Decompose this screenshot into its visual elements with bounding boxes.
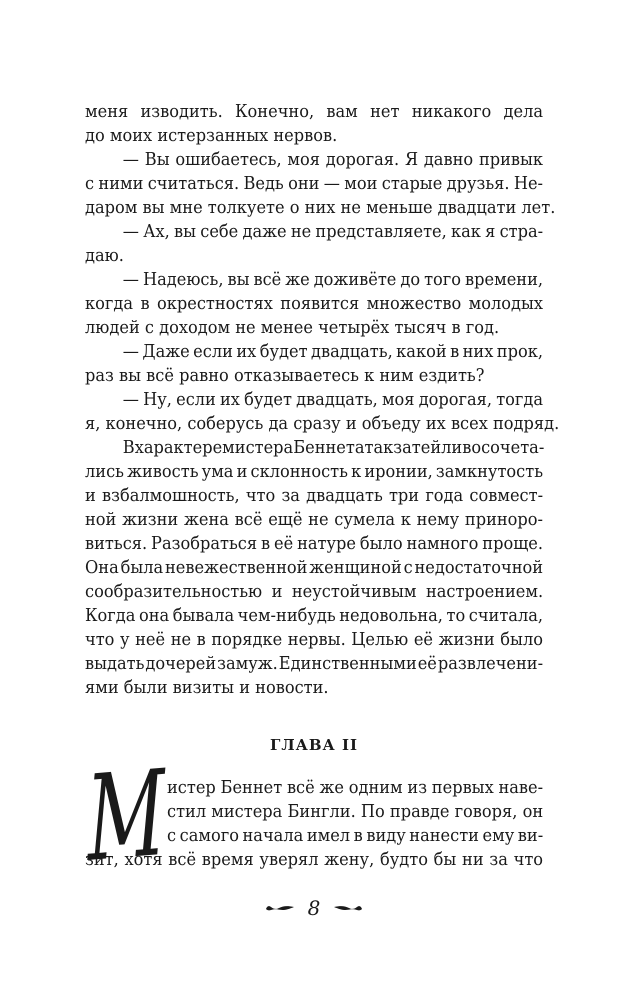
- word: —: [123, 388, 139, 412]
- word: Когда: [85, 604, 135, 628]
- word: недостаточной: [414, 556, 543, 580]
- word: если: [193, 340, 233, 364]
- word: молодых: [469, 292, 543, 316]
- word: правде: [390, 800, 450, 824]
- word: нет: [370, 100, 399, 124]
- text-line: ссамогоначалаимелввидунанестиемуви-: [167, 824, 543, 848]
- word: считала,: [469, 604, 543, 628]
- word: он: [523, 800, 544, 824]
- word: старые: [382, 172, 443, 196]
- word: привык: [479, 148, 543, 172]
- word: Единственными: [279, 652, 417, 676]
- text-line: меняизводить.Конечно,вамнетникакогодела: [85, 100, 543, 124]
- word: моя: [382, 388, 415, 412]
- word: представляете,: [315, 220, 446, 244]
- text-line: я, конечно, соберусь да сразу и объеду и…: [85, 412, 543, 436]
- text-line: ВхарактеремистераБеннетатакзатейливосоче…: [85, 436, 543, 460]
- word: иронии,: [364, 460, 432, 484]
- word: натуре: [297, 532, 356, 556]
- word: появится: [280, 292, 359, 316]
- word: и: [85, 484, 96, 508]
- text-line: —Ну,еслиихбудетдвадцать,моядорогая,тогда: [85, 388, 543, 412]
- chapter-opening-paragraph: М истерБеннетвсёжеоднимизпервыхнаве-стил…: [85, 776, 543, 872]
- chapter-opening-fullwidth: зит,хотявсёвремяуверялжену,будтобынизачт…: [85, 848, 543, 872]
- word: замуж.: [217, 652, 278, 676]
- word: до: [400, 268, 420, 292]
- word: —: [123, 148, 139, 172]
- word: времени,: [465, 268, 543, 292]
- word: женщиной: [309, 556, 402, 580]
- word: нему: [417, 508, 460, 532]
- word: жену,: [324, 848, 374, 872]
- word: моя: [287, 148, 320, 172]
- word: ни: [462, 848, 484, 872]
- word: тогда: [496, 388, 543, 412]
- word: дорогая,: [419, 388, 492, 412]
- word: первых: [432, 776, 494, 800]
- word: какой: [396, 340, 446, 364]
- word: —: [123, 268, 139, 292]
- chapter-opening-beside: истерБеннетвсёжеоднимизпервыхнаве-стилми…: [167, 776, 543, 848]
- word: я: [485, 220, 495, 244]
- word: считаться.: [148, 172, 239, 196]
- word: давно: [424, 148, 473, 172]
- word: дочерей: [145, 652, 216, 676]
- text-line: когдавокрестностяхпоявитсямножествомолод…: [85, 292, 543, 316]
- word: жизни: [122, 508, 178, 532]
- word: окрестностях: [157, 292, 273, 316]
- word: меня: [85, 100, 128, 124]
- word: ошибаетесь,: [175, 148, 281, 172]
- word: года: [425, 484, 463, 508]
- word: с: [167, 824, 176, 848]
- word: взбалмошность,: [102, 484, 240, 508]
- word: развлечени-: [438, 652, 543, 676]
- word: была: [121, 556, 164, 580]
- text-line: ями были визиты и новости.: [85, 676, 543, 700]
- word: сумела: [334, 508, 395, 532]
- text-line: сообразительностьюинеустойчивымнастроени…: [85, 580, 543, 604]
- word: доживёте: [314, 268, 397, 292]
- word: её: [418, 652, 437, 676]
- word: друзья.: [447, 172, 510, 196]
- word: её: [414, 628, 433, 652]
- word: было: [360, 532, 403, 556]
- word: имел: [307, 824, 350, 848]
- word: они: [288, 172, 319, 196]
- word: за: [489, 848, 508, 872]
- text-line: людей с доходом не менее четырёх тысяч в…: [85, 316, 543, 340]
- word: Ну,: [143, 388, 172, 412]
- word: наве-: [498, 776, 543, 800]
- word: живость: [127, 460, 198, 484]
- word: чем-нибудь: [238, 604, 336, 628]
- text-line: стилмистераБингли.Поправдеговоря,он: [167, 800, 543, 824]
- word: намного: [407, 532, 479, 556]
- word: не: [171, 628, 191, 652]
- word: бы: [434, 848, 457, 872]
- text-line: снимисчитаться.Ведьони—моистарыедрузья.Н…: [85, 172, 543, 196]
- word: Вы: [145, 148, 170, 172]
- text-line: выдатьдочерейзамуж.Единственнымиеёразвле…: [85, 652, 543, 676]
- word: виду: [366, 824, 405, 848]
- word: что: [246, 484, 275, 508]
- word: неустойчивым: [292, 580, 417, 604]
- text-line: —Дажееслиихбудетдвадцать,какойвнихпрок,: [85, 340, 543, 364]
- word: мистера: [211, 800, 282, 824]
- word: уверял: [259, 848, 318, 872]
- word: двадцать,: [296, 388, 378, 412]
- word: двадцать,: [311, 340, 393, 364]
- word: в: [261, 532, 270, 556]
- word: Ах,: [143, 220, 170, 244]
- text-line: раз вы всё равно отказываетесь к ним езд…: [85, 364, 543, 388]
- word: она: [139, 604, 169, 628]
- word: время: [202, 848, 254, 872]
- word: за: [281, 484, 300, 508]
- word: виться.: [85, 532, 147, 556]
- word: ему: [483, 824, 515, 848]
- text-line: —Ах,высебедаженепредставляете,какястра-: [85, 220, 543, 244]
- word: с: [404, 556, 413, 580]
- word: характере: [135, 436, 222, 460]
- word: Целью: [351, 628, 408, 652]
- word: даже: [242, 220, 286, 244]
- word: стра-: [500, 220, 544, 244]
- word: начала: [243, 824, 304, 848]
- word: всё: [287, 776, 315, 800]
- word: изводить.: [141, 100, 223, 124]
- word: замкнутость: [436, 460, 543, 484]
- word: ума: [202, 460, 234, 484]
- word: не: [308, 508, 328, 532]
- word: По: [361, 800, 385, 824]
- word: что: [85, 628, 114, 652]
- word: будет: [244, 388, 292, 412]
- word: никакого: [412, 100, 492, 124]
- word: затейливо: [393, 436, 481, 460]
- text-line: Когдаонабывалачем-нибудьнедовольна,тосчи…: [85, 604, 543, 628]
- word: будто: [380, 848, 428, 872]
- word: то: [447, 604, 466, 628]
- word: них: [463, 340, 494, 364]
- word: ещё: [268, 508, 302, 532]
- word: мистера: [222, 436, 293, 460]
- word: дела: [504, 100, 544, 124]
- word: дорогая.: [326, 148, 399, 172]
- word: к: [401, 508, 411, 532]
- word: сообразительностью: [85, 580, 262, 604]
- word: того: [424, 268, 461, 292]
- word: вам: [326, 100, 357, 124]
- word: в: [354, 824, 363, 848]
- word: Разобраться: [151, 532, 257, 556]
- word: жена: [184, 508, 229, 532]
- word: нервы.: [288, 628, 346, 652]
- word: не: [291, 220, 311, 244]
- word: самого: [180, 824, 239, 848]
- word: совмест-: [469, 484, 543, 508]
- word: склонность: [251, 460, 348, 484]
- word: так: [365, 436, 394, 460]
- word: одним: [349, 776, 403, 800]
- word: ви-: [518, 824, 543, 848]
- swash-ornament-left-icon: [265, 903, 295, 913]
- word: себе: [200, 220, 238, 244]
- text-line: ивзбалмошность,чтозадвадцатьтригодасовме…: [85, 484, 543, 508]
- word: зит,: [85, 848, 119, 872]
- text-line: нойжизниженавсёещёнесумелакнемуприноро-: [85, 508, 543, 532]
- word: Беннета: [293, 436, 364, 460]
- word: из: [407, 776, 427, 800]
- text-line: виться.Разобратьсявеёнатуребылонамногопр…: [85, 532, 543, 556]
- word: три: [389, 484, 419, 508]
- word: как: [451, 220, 481, 244]
- word: же: [285, 268, 309, 292]
- word: проще.: [482, 532, 543, 556]
- word: будет: [260, 340, 308, 364]
- word: Надеюсь,: [143, 268, 223, 292]
- text-line: чтоунеёневпорядкенервы.Цельюеёжизнибыло: [85, 628, 543, 652]
- word: выдать: [85, 652, 144, 676]
- text-line: зит,хотявсёвремяуверялжену,будтобынизачт…: [85, 848, 543, 872]
- word: —: [123, 340, 139, 364]
- word: двадцать: [306, 484, 383, 508]
- word: множество: [367, 292, 462, 316]
- word: что: [514, 848, 543, 872]
- word: говоря,: [455, 800, 518, 824]
- word: нанести: [409, 824, 479, 848]
- swash-ornament-right-icon: [333, 903, 363, 913]
- page-number: 8: [308, 894, 321, 922]
- word: недовольна,: [339, 604, 443, 628]
- word: вы: [174, 220, 196, 244]
- word: их: [236, 340, 256, 364]
- text-line: лисьживостьумаисклонностькиронии,замкнут…: [85, 460, 543, 484]
- word: —: [123, 220, 139, 244]
- word: истер: [167, 776, 216, 800]
- word: у: [120, 628, 130, 652]
- word: —: [324, 172, 340, 196]
- word: и: [237, 460, 248, 484]
- word: с: [85, 172, 94, 196]
- word: неё: [135, 628, 165, 652]
- word: бывала: [173, 604, 234, 628]
- word: если: [176, 388, 216, 412]
- word: Даже: [142, 340, 189, 364]
- word: её: [274, 532, 293, 556]
- word: Я: [405, 148, 418, 172]
- word: порядке: [211, 628, 282, 652]
- word: всё: [235, 508, 263, 532]
- word: сочета-: [481, 436, 544, 460]
- text-line: Онабыланевежественнойженщинойснедостаточ…: [85, 556, 543, 580]
- word: В: [123, 436, 135, 460]
- word: в: [197, 628, 206, 652]
- word: всё: [168, 848, 196, 872]
- word: Не-: [514, 172, 543, 196]
- word: в: [140, 292, 149, 316]
- book-page: меняизводить.Конечно,вамнетникакогоделад…: [0, 0, 620, 1004]
- word: в: [450, 340, 459, 364]
- word: когда: [85, 292, 133, 316]
- word: Беннет: [221, 776, 283, 800]
- word: Ведь: [243, 172, 283, 196]
- word: и: [272, 580, 283, 604]
- text-line: истерБеннетвсёжеоднимизпервыхнаве-: [167, 776, 543, 800]
- word: прок,: [497, 340, 543, 364]
- word: стил: [167, 800, 206, 824]
- word: ними: [98, 172, 143, 196]
- word: жизни: [439, 628, 495, 652]
- text-line: —Надеюсь,вывсёжедоживётедотоговремени,: [85, 268, 543, 292]
- word: Конечно,: [235, 100, 314, 124]
- word: приноро-: [465, 508, 543, 532]
- word: Она: [85, 556, 119, 580]
- word: лись: [85, 460, 124, 484]
- word: к: [351, 460, 361, 484]
- body-paragraphs: меняизводить.Конечно,вамнетникакогоделад…: [85, 100, 543, 700]
- word: невежественной: [165, 556, 307, 580]
- text-line: даю.: [85, 244, 543, 268]
- word: всё: [253, 268, 281, 292]
- text-line: до моих истерзанных нервов.: [85, 124, 543, 148]
- word: настроением.: [426, 580, 543, 604]
- word: хотя: [124, 848, 162, 872]
- text-line: даром вы мне толкуете о них не меньше дв…: [85, 196, 543, 220]
- word: мои: [344, 172, 377, 196]
- word: Бингли.: [287, 800, 355, 824]
- page-footer: 8: [85, 894, 543, 922]
- word: вы: [227, 268, 249, 292]
- word: их: [220, 388, 240, 412]
- word: ной: [85, 508, 116, 532]
- word: было: [500, 628, 543, 652]
- text-line: —Выошибаетесь,моядорогая.Ядавнопривык: [85, 148, 543, 172]
- word: же: [319, 776, 343, 800]
